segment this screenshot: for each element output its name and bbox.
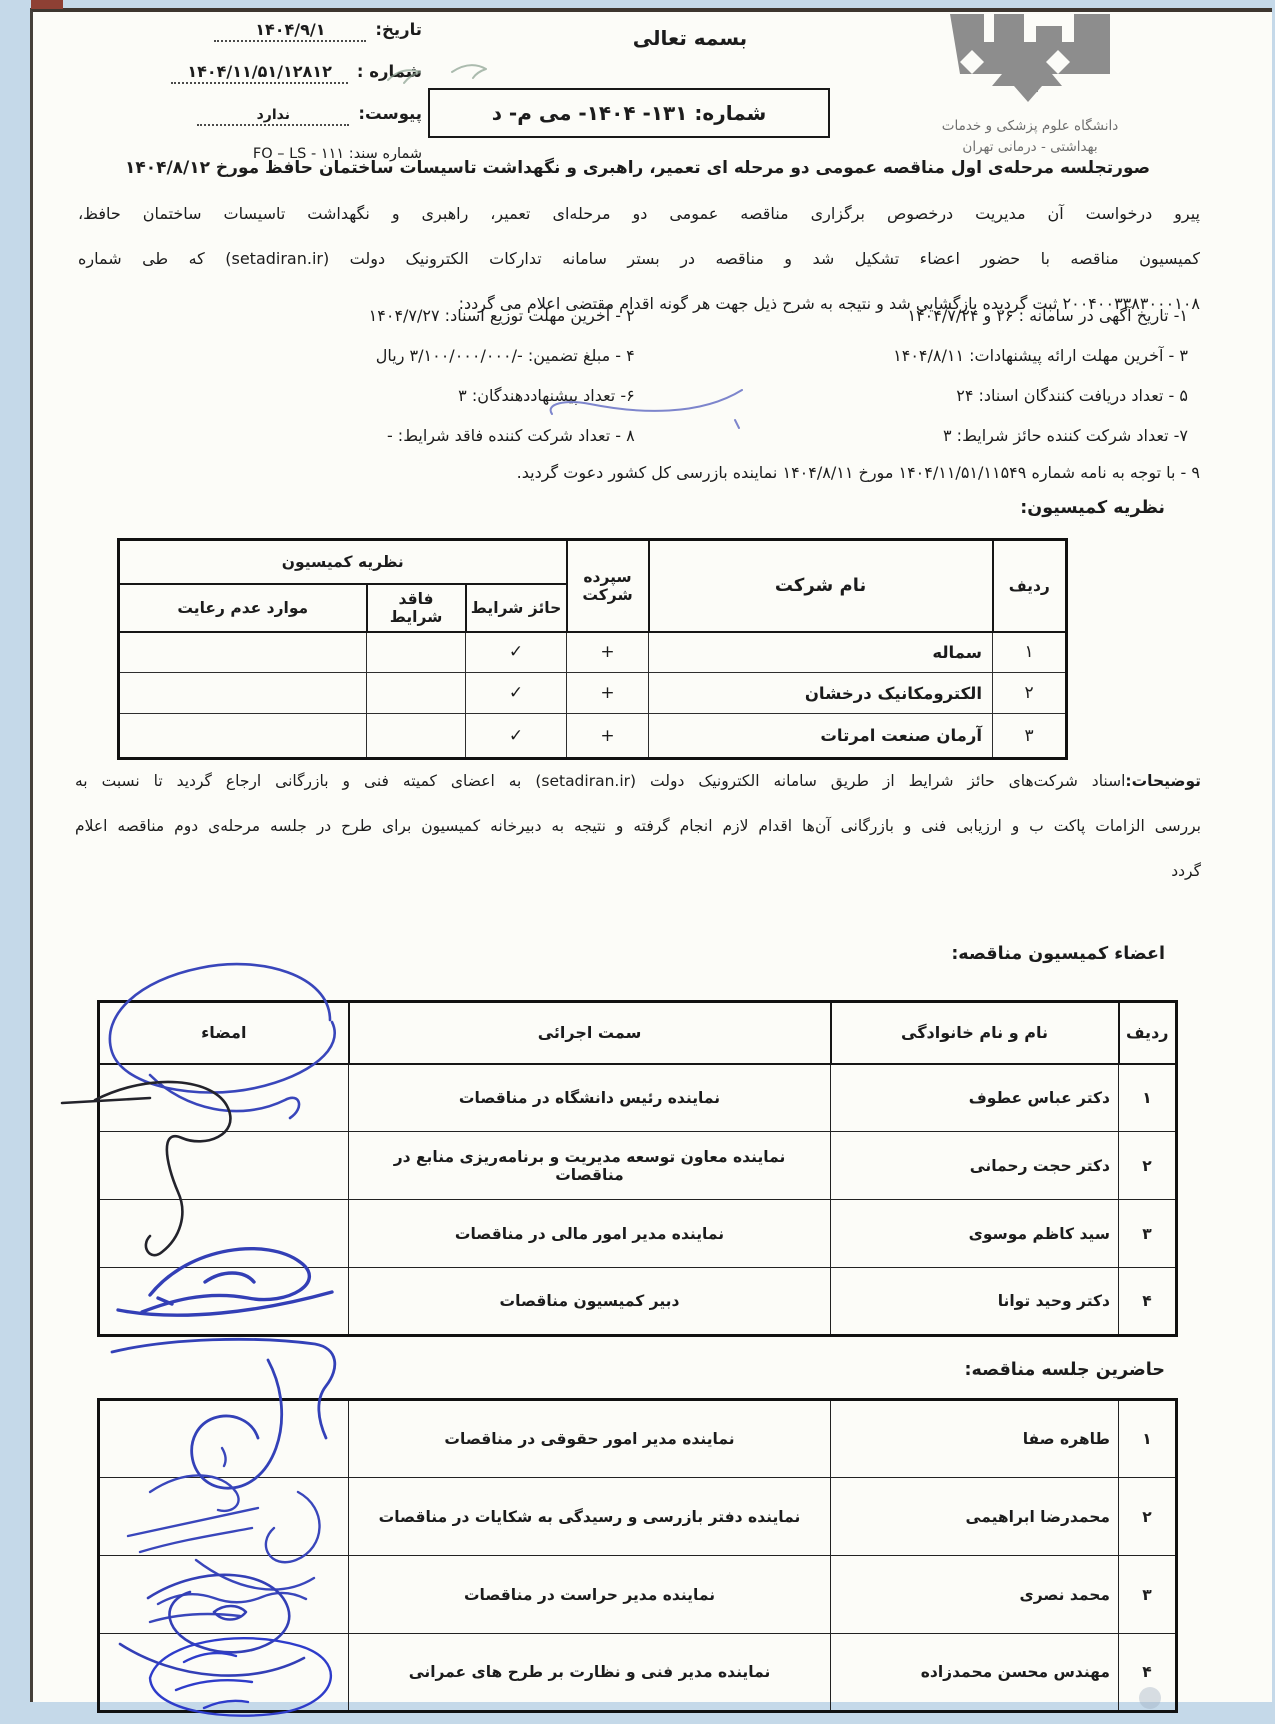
attendee-name: محمد نصری — [831, 1556, 1119, 1634]
intro-line-1: پیرو درخواست آن مدیریت درخصوص برگزاری من… — [78, 204, 1200, 249]
table-row: ۲ الکترومکانیک درخشان + ✓ — [119, 673, 1067, 714]
member-name: دکتر عباس عطوف — [831, 1064, 1119, 1132]
table-row: ۲ محمدرضا ابراهیمی نماینده دفتر بازرسی و… — [99, 1478, 1177, 1556]
notes-line-2: بررسی الزامات پاکت ب و ارزیابی فنی و باز… — [75, 817, 1201, 862]
scan-corner-mark — [31, 0, 63, 9]
attendees-table: ۱ طاهره صفا نماینده مدیر امور حقوقی در م… — [97, 1398, 1178, 1713]
table-row: ۱ دکتر عباس عطوف نماینده رئیس دانشگاه در… — [99, 1064, 1177, 1132]
unqualified-cell — [367, 673, 466, 714]
qualified-check: ✓ — [466, 714, 567, 759]
item-5: ۵ - تعداد دریافت کنندگان اسناد: ۲۴ — [653, 386, 1188, 426]
qualified-check: ✓ — [466, 673, 567, 714]
col-unqualified-header: فاقد شرایط — [367, 584, 466, 632]
attendee-name: طاهره صفا — [831, 1400, 1119, 1478]
col-row-header: ردیف — [993, 540, 1067, 632]
signature-cell — [99, 1634, 349, 1712]
signature-cell — [99, 1200, 349, 1268]
besmele-heading: بسمه تعالی — [540, 26, 840, 50]
qualified-check: ✓ — [466, 632, 567, 673]
signature-cell — [99, 1478, 349, 1556]
number-line: شماره : ۱۴۰۴/۱۱/۵۱/۱۲۸۱۲ — [60, 62, 422, 93]
document-title: صورتجلسه مرحله‌ی اول مناقصه عمومی دو مرح… — [70, 158, 1205, 178]
table-row: ۳ محمد نصری نماینده مدیر حراست در مناقصا… — [99, 1556, 1177, 1634]
row-no: ۱ — [993, 632, 1067, 673]
item-7: ۷- تعداد شرکت کننده حائز شرایط: ۳ — [653, 426, 1188, 466]
col-noncompliance-header: موارد عدم رعایت — [119, 584, 367, 632]
deposit-mark: + — [567, 632, 649, 673]
row-no: ۳ — [1119, 1556, 1177, 1634]
university-name-line2: بهداشتی - درمانی تهران — [880, 137, 1180, 158]
members-col-signature: امضاء — [99, 1002, 349, 1064]
tender-facts-list: ۱- تاریخ آگهی در سامانه : ۲۶ و ۱۴۰۴/۷/۲۴… — [78, 306, 1188, 466]
table-row: ۴ مهندس محسن محمدزاده نماینده مدیر فنی و… — [99, 1634, 1177, 1712]
row-no: ۳ — [993, 714, 1067, 759]
attendees-heading: حاضرین جلسه مناقصه: — [964, 1360, 1165, 1380]
notes-line-3: گردد — [75, 862, 1201, 902]
members-col-row: ردیف — [1119, 1002, 1177, 1064]
deposit-mark: + — [567, 714, 649, 759]
notes-label: توضیحات: — [1125, 772, 1201, 790]
noncompliance-cell — [119, 632, 367, 673]
university-name: دانشگاه علوم پزشکی و خدمات بهداشتی - درم… — [880, 116, 1180, 158]
member-role: نماینده معاون توسعه مدیریت و برنامه‌ریزی… — [349, 1132, 831, 1200]
table-row: ۱ طاهره صفا نماینده مدیر امور حقوقی در م… — [99, 1400, 1177, 1478]
row-no: ۲ — [1119, 1132, 1177, 1200]
signature-cell — [99, 1400, 349, 1478]
opinion-heading: نظریه کمیسیون: — [1020, 498, 1165, 518]
noncompliance-cell — [119, 714, 367, 759]
university-logo — [946, 12, 1114, 108]
university-logo-block: دانشگاه علوم پزشکی و خدمات بهداشتی - درم… — [880, 12, 1180, 158]
row-no: ۱ — [1119, 1400, 1177, 1478]
row-no: ۳ — [1119, 1200, 1177, 1268]
unqualified-cell — [367, 632, 466, 673]
table-row: ۱ سماله + ✓ — [119, 632, 1067, 673]
members-col-name: نام و نام خانوادگی — [831, 1002, 1119, 1064]
company-name: سماله — [649, 632, 993, 673]
row-no: ۲ — [993, 673, 1067, 714]
members-col-role: سمت اجرائی — [349, 1002, 831, 1064]
notes-paragraph: توضیحات:​اسناد شرکت‌های حائز شرایط از طر… — [75, 772, 1201, 902]
attendee-name: محمدرضا ابراهیمی — [831, 1478, 1119, 1556]
signature-cell — [99, 1268, 349, 1336]
scanned-document-page: تاریخ: ۱۴۰۴/۹/۱ شماره : ۱۴۰۴/۱۱/۵۱/۱۲۸۱۲… — [0, 0, 1275, 1724]
letterhead-meta: تاریخ: ۱۴۰۴/۹/۱ شماره : ۱۴۰۴/۱۱/۵۱/۱۲۸۱۲… — [60, 20, 422, 162]
item-3: ۳ - آخرین مهلت ارائه پیشنهادات: ۱۴۰۴/۸/۱… — [653, 346, 1188, 386]
attendee-role: نماینده دفتر بازرسی و رسیدگی به شکایات د… — [349, 1478, 831, 1556]
attachment-label: پیوست: — [358, 104, 422, 123]
members-table: ردیف نام و نام خانوادگی سمت اجرائی امضاء… — [97, 1000, 1178, 1337]
member-name: دکتر وحید توانا — [831, 1268, 1119, 1336]
item-1: ۱- تاریخ آگهی در سامانه : ۲۶ و ۱۴۰۴/۷/۲۴ — [653, 306, 1188, 346]
deposit-mark: + — [567, 673, 649, 714]
member-role: نماینده رئیس دانشگاه در مناقصات — [349, 1064, 831, 1132]
date-value: ۱۴۰۴/۹/۱ — [214, 20, 366, 42]
attachment-line: پیوست: ندارد — [60, 104, 422, 135]
signature-cell — [99, 1132, 349, 1200]
col-deposit-header: سپرده شرکت — [567, 540, 649, 632]
signature-cell — [99, 1064, 349, 1132]
opinion-table: ردیف نام شرکت سپرده شرکت نظریه کمیسیون ح… — [117, 538, 1068, 760]
table-row: ۴ دکتر وحید توانا دبیر کمیسیون مناقصات — [99, 1268, 1177, 1336]
col-company-header: نام شرکت — [649, 540, 993, 632]
member-name: سید کاظم موسوی — [831, 1200, 1119, 1268]
table-row: ۲ دکتر حجت رحمانی نماینده معاون توسعه مد… — [99, 1132, 1177, 1200]
member-role: نماینده مدیر امور مالی در مناقصات — [349, 1200, 831, 1268]
university-name-line1: دانشگاه علوم پزشکی و خدمات — [880, 116, 1180, 137]
company-name: آرمان صنعت امرتات — [649, 714, 993, 759]
item-6: ۶- تعداد پیشنهاددهندگان: ۳ — [78, 386, 635, 426]
members-heading: اعضاء کمیسیون مناقصه: — [951, 944, 1165, 964]
item-9: ۹ - با توجه به نامه شماره ۱۴۰۴/۱۱/۵۱/۱۱۵… — [78, 463, 1200, 482]
letter-number-box: شماره: ۱۳۱- ۱۴۰۴- می م- د — [428, 88, 830, 138]
member-name: دکتر حجت رحمانی — [831, 1132, 1119, 1200]
item-8: ۸ - تعداد شرکت کننده فاقد شرایط: - — [78, 426, 635, 466]
table-row: ۳ آرمان صنعت امرتات + ✓ — [119, 714, 1067, 759]
row-no: ۱ — [1119, 1064, 1177, 1132]
item-4: ۴ - مبلغ تضمین: ‪۳/۱۰۰/۰۰۰/۰۰۰/-‬ ریال — [78, 346, 635, 386]
opinion-group-header: نظریه کمیسیون — [119, 540, 567, 584]
signature-cell — [99, 1556, 349, 1634]
noncompliance-cell — [119, 673, 367, 714]
date-label: تاریخ: — [375, 20, 422, 39]
row-no: ۴ — [1119, 1634, 1177, 1712]
unqualified-cell — [367, 714, 466, 759]
col-qualified-header: حائز شرایط — [466, 584, 567, 632]
notes-line-1: اسناد شرکت‌های حائز شرایط از طریق سامانه… — [75, 772, 1125, 790]
attendee-role: نماینده مدیر امور حقوقی در مناقصات — [349, 1400, 831, 1478]
row-no: ۲ — [1119, 1478, 1177, 1556]
attendee-role: نماینده مدیر حراست در مناقصات — [349, 1556, 831, 1634]
number-value: ۱۴۰۴/۱۱/۵۱/۱۲۸۱۲ — [171, 62, 347, 84]
number-label: شماره : — [357, 62, 422, 81]
member-role: دبیر کمیسیون مناقصات — [349, 1268, 831, 1336]
row-no: ۴ — [1119, 1268, 1177, 1336]
intro-line-2: کمیسیون مناقصه با حضور اعضاء تشکیل شد و … — [78, 249, 1200, 294]
date-line: تاریخ: ۱۴۰۴/۹/۱ — [60, 20, 422, 51]
table-row: ۳ سید کاظم موسوی نماینده مدیر امور مالی … — [99, 1200, 1177, 1268]
attachment-value: ندارد — [197, 107, 349, 126]
company-name: الکترومکانیک درخشان — [649, 673, 993, 714]
attendee-role: نماینده مدیر فنی و نظارت بر طرح های عمرا… — [349, 1634, 831, 1712]
attendee-name: مهندس محسن محمدزاده — [831, 1634, 1119, 1712]
item-2: ۲ - آخرین مهلت توزیع اسناد: ۱۴۰۴/۷/۲۷ — [78, 306, 635, 346]
